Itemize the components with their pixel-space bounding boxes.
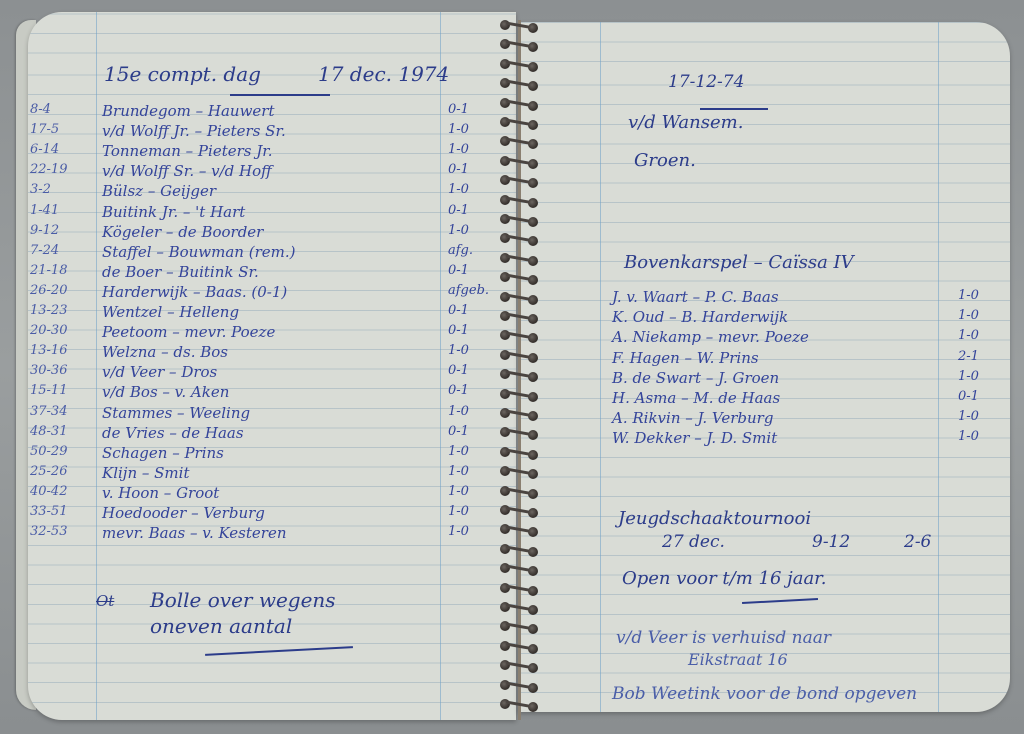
coil-hole bbox=[528, 353, 538, 363]
coil-hole bbox=[528, 702, 538, 712]
pairing-result: 0-1 bbox=[448, 383, 469, 398]
pairing-players: Stammes – Weeling bbox=[102, 404, 250, 422]
pairing-result: 0-1 bbox=[448, 162, 469, 177]
pairing-players: B. de Swart – J. Groen bbox=[612, 369, 779, 387]
pairing-result: 0-1 bbox=[448, 102, 469, 117]
pairing-players: Brundegom – Hauwert bbox=[102, 102, 275, 120]
spiral-coil bbox=[498, 408, 542, 420]
board-numbers: 25-26 bbox=[30, 464, 90, 479]
pairing-result: 1-0 bbox=[958, 429, 979, 444]
board-numbers: 32-53 bbox=[30, 524, 90, 539]
spiral-coil bbox=[498, 389, 542, 401]
pairing-players: v/d Wolff Jr. – Pieters Sr. bbox=[102, 122, 286, 140]
coil-hole bbox=[528, 392, 538, 402]
spiral-coil bbox=[498, 641, 542, 653]
struck-note: Ot bbox=[96, 592, 114, 610]
tournament-time-afternoon: 2-6 bbox=[904, 532, 931, 552]
pairing-players: Welzna – ds. Bos bbox=[102, 343, 228, 361]
board-numbers: 15-11 bbox=[30, 383, 90, 398]
coil-hole bbox=[528, 62, 538, 72]
pairing-result: 1-0 bbox=[958, 308, 979, 323]
pairing-players: Kögeler – de Boorder bbox=[102, 223, 263, 241]
pairing-players: Bülsz – Geijger bbox=[102, 182, 216, 200]
spiral-coil bbox=[498, 660, 542, 672]
pairing-players: mevr. Baas – v. Kesteren bbox=[102, 524, 287, 542]
spiral-binding bbox=[496, 14, 544, 720]
board-numbers: 26-20 bbox=[30, 283, 90, 298]
pairing-result: 0-1 bbox=[448, 424, 469, 439]
pairing-players: W. Dekker – J. D. Smit bbox=[612, 429, 777, 447]
pairing-players: Hoedooder – Verburg bbox=[102, 504, 265, 522]
coil-hole bbox=[528, 644, 538, 654]
note-line-1: Bolle over wegens bbox=[150, 588, 336, 612]
pairing-result: 1-0 bbox=[448, 504, 469, 519]
coil-hole bbox=[528, 23, 538, 33]
board-numbers: 50-29 bbox=[30, 444, 90, 459]
coil-hole bbox=[528, 295, 538, 305]
pairing-players: J. v. Waart – P. C. Baas bbox=[612, 288, 779, 306]
pairing-result: 0-1 bbox=[448, 263, 469, 278]
pairing-players: v/d Veer – Dros bbox=[102, 363, 217, 381]
spiral-coil bbox=[498, 78, 542, 90]
right-date-underline bbox=[700, 108, 768, 110]
coil-hole bbox=[528, 566, 538, 576]
coil-hole bbox=[528, 178, 538, 188]
spiral-coil bbox=[498, 583, 542, 595]
pairing-result: 0-1 bbox=[448, 203, 469, 218]
spiral-coil bbox=[498, 369, 542, 381]
coil-hole bbox=[528, 236, 538, 246]
spiral-coil bbox=[498, 195, 542, 207]
coil-hole bbox=[528, 411, 538, 421]
spiral-coil bbox=[498, 544, 542, 556]
spiral-coil bbox=[498, 350, 542, 362]
board-numbers: 37-34 bbox=[30, 404, 90, 419]
spiral-coil bbox=[498, 233, 542, 245]
board-numbers: 22-19 bbox=[30, 162, 90, 177]
pairing-result: 1-0 bbox=[448, 122, 469, 137]
board-numbers: 20-30 bbox=[30, 323, 90, 338]
board-numbers: 1-41 bbox=[30, 203, 90, 218]
pairing-players: F. Hagen – W. Prins bbox=[612, 349, 759, 367]
pairing-players: A. Niekamp – mevr. Poeze bbox=[612, 328, 809, 346]
pairing-players: Klijn – Smit bbox=[102, 464, 189, 482]
pairing-result: 1-0 bbox=[448, 524, 469, 539]
right-line-2: Groen. bbox=[634, 150, 696, 171]
board-numbers: 6-14 bbox=[30, 142, 90, 157]
pairing-result: 0-1 bbox=[958, 389, 979, 404]
pairing-players: v/d Bos – v. Aken bbox=[102, 383, 229, 401]
coil-hole bbox=[528, 547, 538, 557]
tournament-time-morning: 9-12 bbox=[812, 532, 850, 552]
address-note-line-1: v/d Veer is verhuisd naar bbox=[616, 628, 831, 648]
spiral-coil bbox=[498, 466, 542, 478]
spiral-coil bbox=[498, 447, 542, 459]
pairing-players: v. Hoon – Groot bbox=[102, 484, 219, 502]
spiral-coil bbox=[498, 98, 542, 110]
board-numbers: 3-2 bbox=[30, 182, 90, 197]
coil-hole bbox=[528, 314, 538, 324]
spiral-coil bbox=[498, 253, 542, 265]
spiral-coil bbox=[498, 20, 542, 32]
pairing-result: 1-0 bbox=[448, 484, 469, 499]
coil-hole bbox=[528, 275, 538, 285]
right-score-margin-line bbox=[938, 22, 939, 712]
board-numbers: 9-12 bbox=[30, 223, 90, 238]
pairing-result: 2-1 bbox=[958, 349, 979, 364]
left-date: 17 dec. 1974 bbox=[318, 62, 449, 86]
coil-hole bbox=[528, 198, 538, 208]
board-numbers: 8-4 bbox=[30, 102, 90, 117]
pairing-result: 1-0 bbox=[448, 444, 469, 459]
coil-hole bbox=[528, 42, 538, 52]
coil-hole bbox=[528, 139, 538, 149]
spiral-coil bbox=[498, 427, 542, 439]
left-margin-line bbox=[96, 12, 97, 720]
pairing-players: Staffel – Bouwman (rem.) bbox=[102, 243, 295, 261]
spiral-coil bbox=[498, 156, 542, 168]
pairing-players: H. Asma – M. de Haas bbox=[612, 389, 780, 407]
final-note: Bob Weetink voor de bond opgeven bbox=[612, 684, 917, 704]
spiral-coil bbox=[498, 39, 542, 51]
coil-hole bbox=[528, 450, 538, 460]
coil-hole bbox=[528, 372, 538, 382]
coil-hole bbox=[528, 605, 538, 615]
spiral-coil bbox=[498, 292, 542, 304]
spiral-coil bbox=[498, 311, 542, 323]
pairing-result: 0-1 bbox=[448, 363, 469, 378]
pairing-players: Peetoom – mevr. Poeze bbox=[102, 323, 275, 341]
coil-hole bbox=[528, 508, 538, 518]
pairing-result: 1-0 bbox=[448, 223, 469, 238]
coil-hole bbox=[528, 120, 538, 130]
address-note-line-2: Eikstraat 16 bbox=[688, 650, 788, 669]
pairing-result: afgeb. bbox=[448, 283, 489, 298]
board-numbers: 7-24 bbox=[30, 243, 90, 258]
pairing-result: 1-0 bbox=[448, 404, 469, 419]
match-title: Bovenkarspel – Caïssa IV bbox=[624, 252, 854, 273]
coil-hole bbox=[528, 81, 538, 91]
spiral-coil bbox=[498, 621, 542, 633]
pairing-players: de Vries – de Haas bbox=[102, 424, 244, 442]
spiral-coil bbox=[498, 272, 542, 284]
pairing-players: Buitink Jr. – 't Hart bbox=[102, 203, 245, 221]
pairing-result: 1-0 bbox=[448, 343, 469, 358]
coil-hole bbox=[528, 159, 538, 169]
coil-hole bbox=[528, 527, 538, 537]
spiral-coil bbox=[498, 505, 542, 517]
spiral-coil bbox=[498, 136, 542, 148]
spiral-coil bbox=[498, 699, 542, 711]
coil-hole bbox=[528, 101, 538, 111]
notebook-right-page bbox=[518, 22, 1010, 712]
pairing-players: Harderwijk – Baas. (0-1) bbox=[102, 283, 287, 301]
coil-hole bbox=[528, 624, 538, 634]
pairing-players: v/d Wolff Sr. – v/d Hoff bbox=[102, 162, 272, 180]
spiral-coil bbox=[498, 59, 542, 71]
pairing-result: 1-0 bbox=[448, 182, 469, 197]
coil-hole bbox=[528, 586, 538, 596]
coil-hole bbox=[528, 256, 538, 266]
coil-hole bbox=[528, 663, 538, 673]
coil-hole bbox=[528, 430, 538, 440]
spiral-coil bbox=[498, 602, 542, 614]
pairing-players: Wentzel – Helleng bbox=[102, 303, 239, 321]
coil-hole bbox=[528, 217, 538, 227]
right-margin-line bbox=[600, 22, 601, 712]
heading-underline bbox=[230, 94, 330, 96]
coil-hole bbox=[528, 333, 538, 343]
coil-hole bbox=[528, 489, 538, 499]
pairing-result: afg. bbox=[448, 243, 473, 258]
board-numbers: 33-51 bbox=[30, 504, 90, 519]
pairing-players: K. Oud – B. Harderwijk bbox=[612, 308, 788, 326]
board-numbers: 40-42 bbox=[30, 484, 90, 499]
spiral-coil bbox=[498, 563, 542, 575]
coil-hole bbox=[528, 683, 538, 693]
board-numbers: 13-23 bbox=[30, 303, 90, 318]
board-numbers: 48-31 bbox=[30, 424, 90, 439]
pairing-result: 1-0 bbox=[958, 369, 979, 384]
score-margin-line bbox=[440, 12, 441, 720]
pairing-result: 0-1 bbox=[448, 323, 469, 338]
spiral-coil bbox=[498, 524, 542, 536]
spiral-coil bbox=[498, 486, 542, 498]
pairing-players: de Boer – Buitink Sr. bbox=[102, 263, 259, 281]
spiral-coil bbox=[498, 175, 542, 187]
coil-hole bbox=[528, 469, 538, 479]
spiral-coil bbox=[498, 330, 542, 342]
board-numbers: 21-18 bbox=[30, 263, 90, 278]
pairing-result: 0-1 bbox=[448, 303, 469, 318]
pairing-result: 1-0 bbox=[448, 464, 469, 479]
spiral-coil bbox=[498, 117, 542, 129]
right-date: 17-12-74 bbox=[668, 72, 744, 92]
pairing-result: 1-0 bbox=[958, 328, 979, 343]
pairing-result: 1-0 bbox=[958, 288, 979, 303]
pairing-result: 1-0 bbox=[448, 142, 469, 157]
tournament-title: Jeugdschaaktournooi bbox=[618, 508, 811, 529]
board-numbers: 13-16 bbox=[30, 343, 90, 358]
board-numbers: 17-5 bbox=[30, 122, 90, 137]
spiral-coil bbox=[498, 214, 542, 226]
note-line-2: oneven aantal bbox=[150, 614, 292, 638]
right-line-1: v/d Wansem. bbox=[628, 112, 743, 133]
pairing-players: Tonneman – Pieters Jr. bbox=[102, 142, 273, 160]
pairing-result: 1-0 bbox=[958, 409, 979, 424]
pairing-players: A. Rikvin – J. Verburg bbox=[612, 409, 773, 427]
left-heading: 15e compt. dag bbox=[104, 62, 261, 86]
spiral-coil bbox=[498, 680, 542, 692]
pairing-players: Schagen – Prins bbox=[102, 444, 224, 462]
tournament-eligibility: Open voor t/m 16 jaar. bbox=[622, 568, 827, 589]
tournament-date: 27 dec. bbox=[662, 532, 725, 552]
board-numbers: 30-36 bbox=[30, 363, 90, 378]
